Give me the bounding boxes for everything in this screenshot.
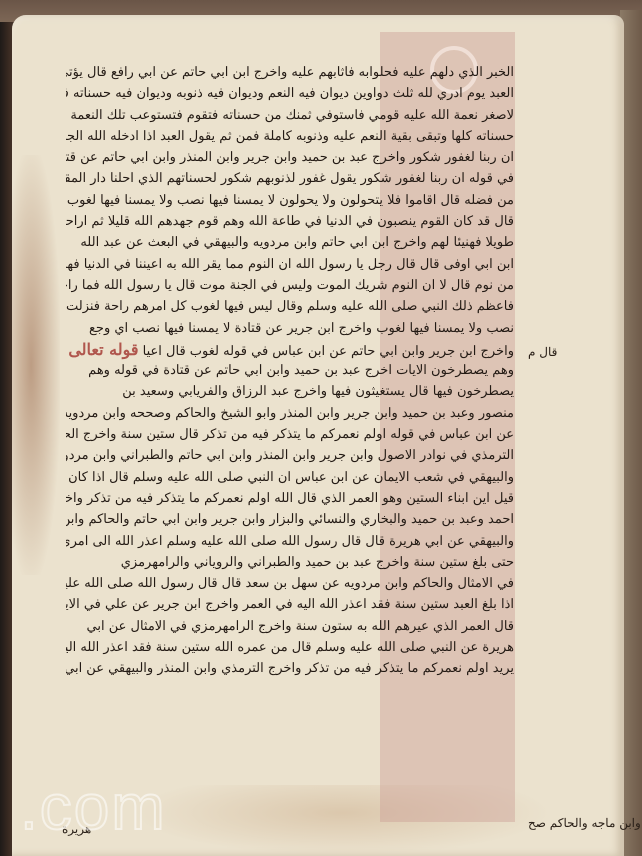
text-line: منصور وعبد بن حميد وابن جرير وابن المنذر… xyxy=(66,403,514,424)
text-segment: واخرج ابن جرير وابن ابي حاتم عن ابن عباس… xyxy=(143,344,514,359)
manuscript-text: الخبر الذي دلهم عليه فحلوابه فاثابهم علي… xyxy=(66,62,514,680)
margin-note-upper: قال م xyxy=(528,345,557,359)
watermark-text: .com xyxy=(20,770,167,844)
text-line: العبد يوم ادري لله ثلث دواوين ديوان فيه … xyxy=(66,83,514,104)
text-line: والبيهقي عن ابي هريرة قال قال رسول الله … xyxy=(66,531,514,552)
text-line: فاعظم ذلك النبي صلى الله عليه وسلم وقال … xyxy=(66,296,514,317)
margin-note-lower: وابن ماجه والحاكم صح xyxy=(528,816,641,830)
text-line-with-heading: واخرج ابن جرير وابن ابي حاتم عن ابن عباس… xyxy=(66,339,514,360)
text-line: يريد اولم نعمركم ما يتذكر فيه من تذكر وا… xyxy=(66,658,514,679)
text-line: هريرة عن النبي صلى الله عليه وسلم قال من… xyxy=(66,637,514,658)
text-line: ابن ابي اوفى قال قال رجل يا رسول الله ان… xyxy=(66,254,514,275)
text-line: يصطرخون فيها قال يستغيثون فيها واخرج عبد… xyxy=(66,381,514,402)
text-line: من نوم قال لا ان النوم شريك الموت وليس ف… xyxy=(66,275,514,296)
text-line: عن ابن عباس في قوله اولم نعمركم ما يتذكر… xyxy=(66,424,514,445)
text-line: والبيهقي في شعب الايمان عن ابن عباس ان ا… xyxy=(66,467,514,488)
water-stain xyxy=(12,155,60,575)
text-line: في الامثال والحاكم وابن مردويه عن سهل بن… xyxy=(66,573,514,594)
text-line: قيل اين ابناء الستين وهو العمر الذي قال … xyxy=(66,488,514,509)
text-line: قال العمر الذي عيرهم الله به ستون سنة وا… xyxy=(66,616,514,637)
text-line: لاصغر نعمة الله عليه قومي فاستوفي ثمنك م… xyxy=(66,105,514,126)
text-line: في قوله ان ربنا لغفور شكور يقول غفور لذن… xyxy=(66,168,514,189)
text-line: وهم يصطرخون الايات اخرج عبد بن حميد وابن… xyxy=(66,360,514,381)
text-line: اذا بلغ العبد ستين سنة فقد اعذر الله الي… xyxy=(66,594,514,615)
text-line: قال قد كان القوم ينصبون في الدنيا في طاع… xyxy=(66,211,514,232)
text-line: حتى بلغ ستين سنة واخرج عبد بن حميد والطب… xyxy=(66,552,514,573)
rubric-heading: قوله تعالى xyxy=(68,340,138,359)
text-line: احمد وعبد بن حميد والبخاري والنسائي والب… xyxy=(66,509,514,530)
text-line: من فضله قال اقاموا فلا يتحولون ولا يحولو… xyxy=(66,190,514,211)
text-line: ان ربنا لغفور شكور واخرج عبد بن حميد واب… xyxy=(66,147,514,168)
text-line: نصب ولا يمسنا فيها لغوب واخرج ابن جرير ع… xyxy=(66,318,514,339)
text-line: طويلا فهنيئا لهم واخرج ابن ابي حاتم وابن… xyxy=(66,232,514,253)
text-line: الخبر الذي دلهم عليه فحلوابه فاثابهم علي… xyxy=(66,62,514,83)
text-line: الترمذي في نوادر الاصول وابن جرير وابن ا… xyxy=(66,445,514,466)
text-line: حسناته كلها وتبقى بقية النعم عليه وذنوبه… xyxy=(66,126,514,147)
